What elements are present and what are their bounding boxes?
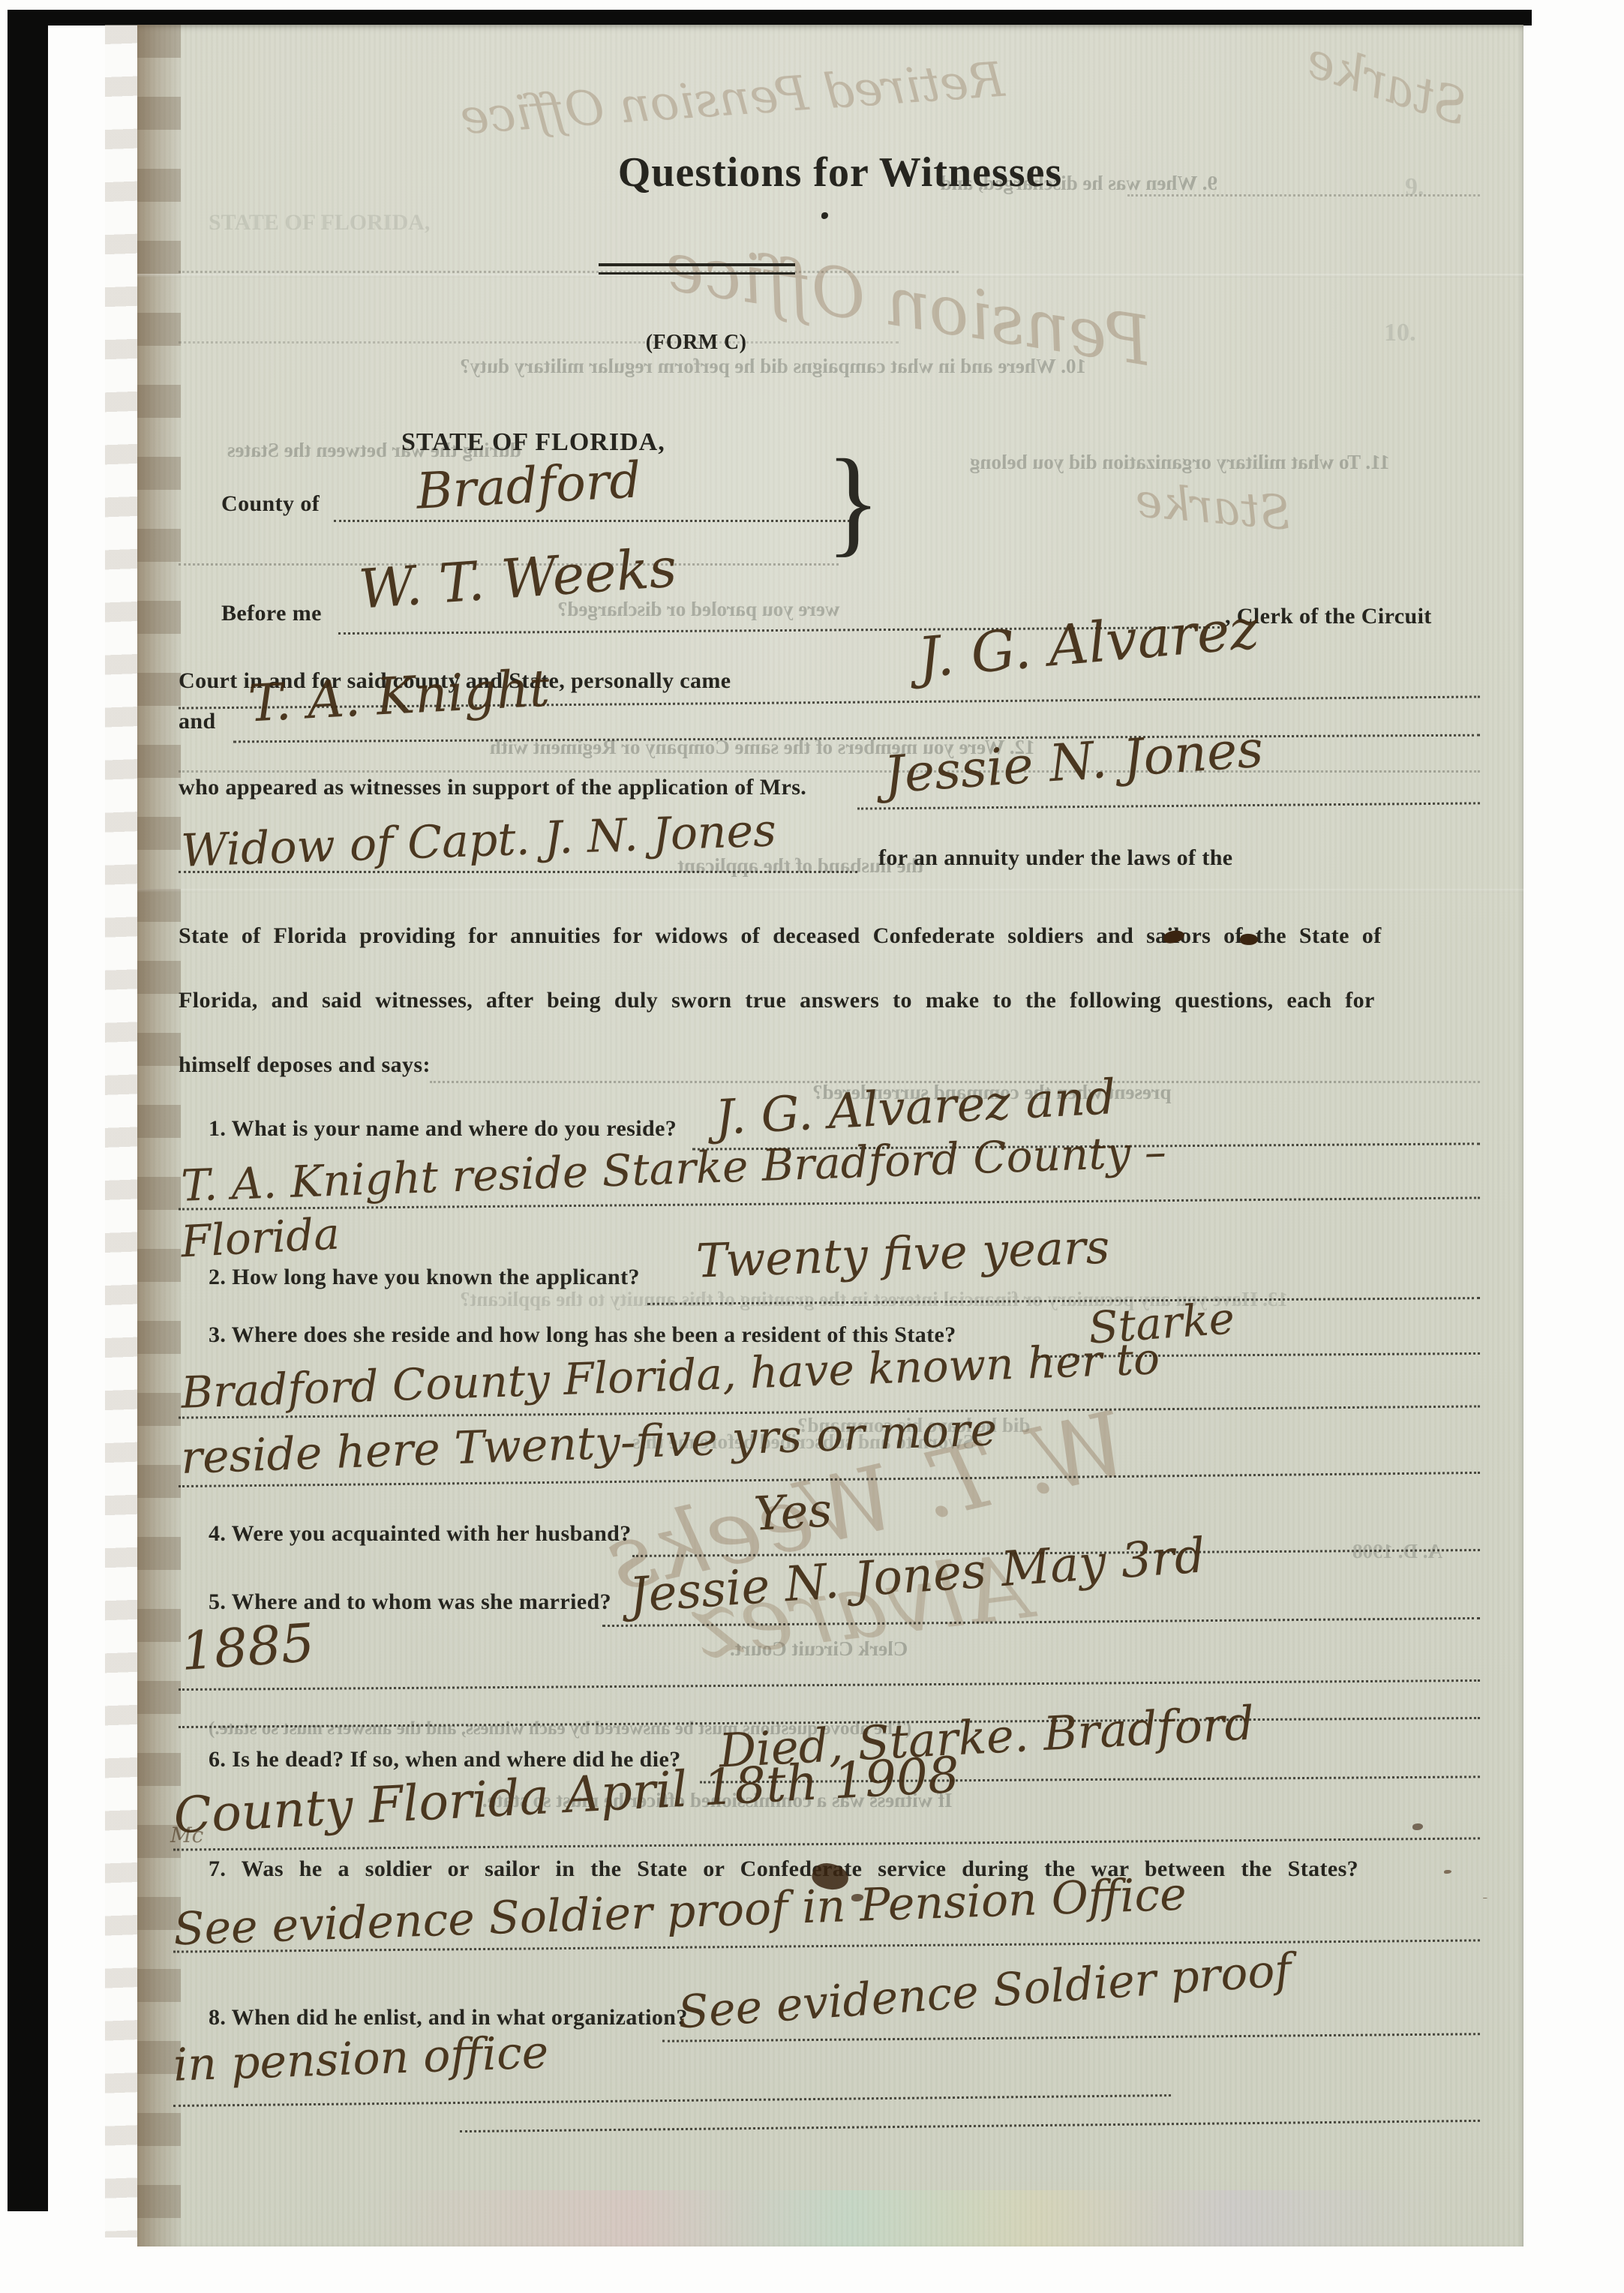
title-rule-bottom — [599, 272, 795, 275]
q8-number: 8. — [209, 2005, 226, 2030]
final-dotted-line — [460, 2120, 1480, 2132]
q8-dotted-line-2 — [173, 2094, 1171, 2107]
came-handwritten-value: J. G. Alvarez — [916, 601, 1261, 686]
paragraph-line-1: State of Florida providing for annuities… — [179, 923, 1382, 949]
and-label: and — [179, 709, 216, 734]
ghost-script: Retired Pension Office — [458, 53, 1006, 146]
form-label: (FORM C) — [621, 331, 771, 355]
ghost-script: Starke — [1133, 473, 1293, 541]
ghost-number: 10. — [1384, 319, 1416, 347]
annuity-suffix: for an annuity under the laws of the — [878, 845, 1233, 871]
margin-stray-mark: Mc — [170, 1825, 203, 1846]
q6-dotted-line-2 — [173, 1837, 1480, 1850]
scanner-edge-left — [8, 10, 48, 2211]
document-paper: STATE OF FLORIDA, 9. When was he dischar… — [137, 25, 1523, 2246]
q7-answer: See evidence Soldier proof in Pension Of… — [173, 1871, 1187, 1952]
ghost-number: 9. — [1405, 173, 1424, 202]
q5-number: 5. — [209, 1589, 226, 1614]
q6-number: 6. — [209, 1747, 226, 1772]
ghost-script: Starke — [1299, 31, 1475, 137]
q5-answer-line-2: 1885 — [179, 1616, 317, 1678]
backing-crinkle-texture — [105, 25, 141, 2237]
q1-number: 1. — [209, 1116, 226, 1141]
q8-answer-inline: See evidence Soldier proof — [677, 1947, 1293, 2035]
title-period-dot — [821, 212, 828, 219]
who-appeared-line: who appeared as witnesses in support of … — [179, 775, 806, 800]
paragraph-line-3: himself deposes and says: — [179, 1052, 431, 1078]
applicant-dotted-line — [857, 802, 1480, 809]
ghost-print-q11: 11. To what military organization did yo… — [970, 451, 1390, 474]
q8-answer-line-2: in pension office — [173, 2030, 549, 2087]
q3-answer-line-2: Bradford County Florida, have known her … — [180, 1337, 1160, 1415]
q5-text: Where and to whom was she married? — [232, 1589, 611, 1614]
q4-number: 4. — [209, 1521, 226, 1546]
q2-number: 2. — [209, 1265, 226, 1289]
county-label: County of — [221, 491, 320, 517]
before-me-label: Before me — [221, 601, 322, 626]
scanner-edge-top — [21, 10, 1532, 26]
scanned-pension-form: STATE OF FLORIDA, 9. When was he dischar… — [0, 0, 1624, 2293]
q2-text: How long have you known the applicant? — [232, 1265, 640, 1289]
paper-crease — [137, 889, 1523, 893]
ghost-dotted-line — [179, 770, 1480, 773]
ink-spatter-cluster — [1412, 1823, 1423, 1830]
q1-answer-line-3: Florida — [180, 1211, 341, 1263]
q7-number: 7. — [209, 1856, 226, 1881]
paragraph-line-2: Florida, and said witnesses, after being… — [179, 988, 1375, 1013]
q1-text: What is your name and where do you resid… — [232, 1116, 677, 1141]
q5-dotted-line-2 — [179, 1679, 1480, 1691]
q8-text: When did he enlist, and in what organiza… — [232, 2005, 688, 2030]
title-rule-top — [599, 263, 795, 266]
q2-answer: Twenty five years — [695, 1223, 1110, 1284]
q4-answer: Yes — [752, 1487, 833, 1537]
ghost-dotted-line — [179, 341, 899, 344]
ghost-dotted-line — [1127, 194, 1480, 197]
and-handwritten-value: T. A. Knight — [247, 664, 551, 731]
q3-number: 3. — [209, 1322, 226, 1347]
q7-text: Was he a soldier or sailor in the State … — [242, 1856, 1358, 1881]
closing-brace: } — [826, 433, 881, 570]
county-handwritten-value: Bradford — [415, 455, 642, 517]
form-title: Questions for Witnesses — [540, 149, 1140, 197]
county-dotted-line — [334, 520, 850, 522]
q4-text: Were you acquainted with her husband? — [232, 1521, 632, 1546]
scan-glare-artifact — [362, 2190, 1450, 2246]
ghost-print-q10: 10. Where and in what campaigns did he p… — [460, 355, 1086, 378]
q8-dotted-line — [662, 2033, 1480, 2042]
ghost-state-heading: STATE OF FLORIDA, — [209, 210, 430, 236]
